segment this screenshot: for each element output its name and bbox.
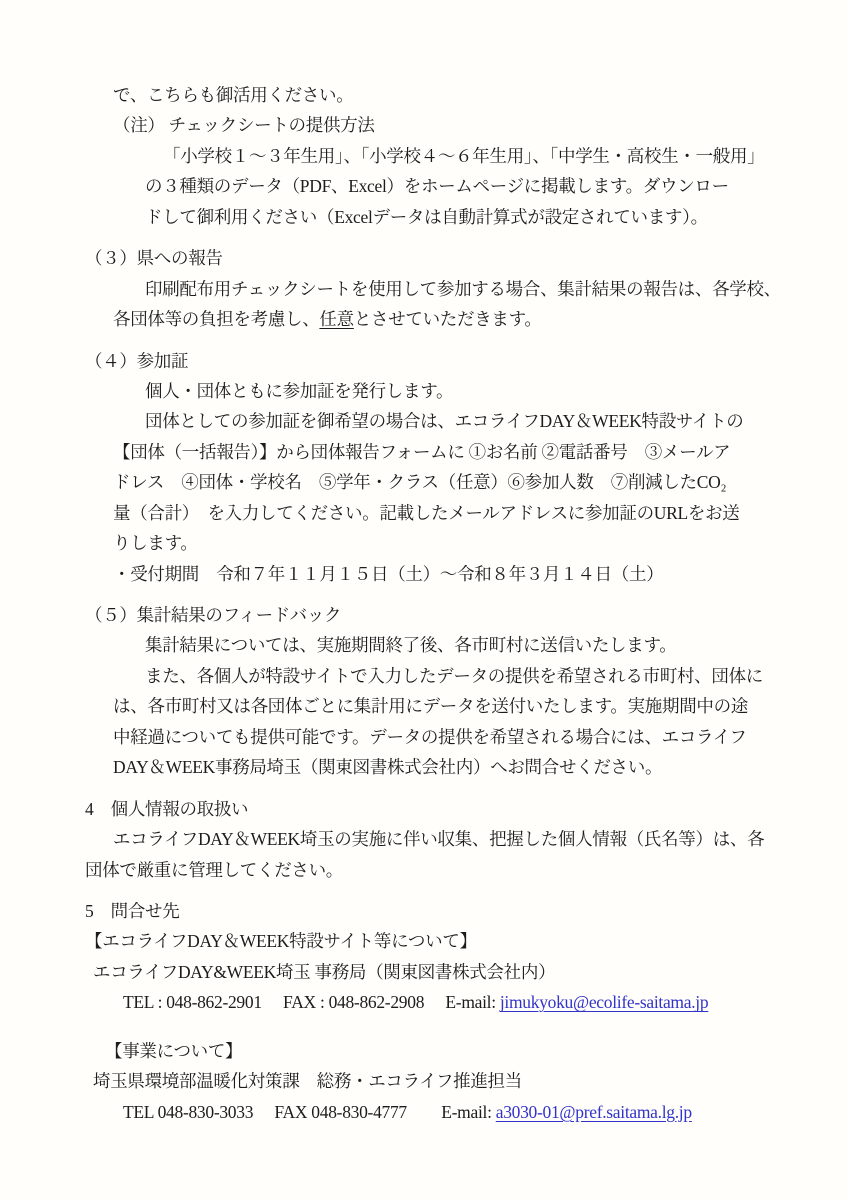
text-line: ドレス ④団体・学校名 ⑤学年・クラス（任意）⑥参加人数 ⑦削減したCO₂ xyxy=(113,467,829,497)
section-heading: （３）県への報告 xyxy=(85,243,829,273)
reception-period-line: ・受付期間 令和７年１１月１５日（土）～令和８年３月１４日（土） xyxy=(113,559,829,589)
numbered-heading: 5 問合せ先 xyxy=(85,896,829,926)
section-privacy: 4 個人情報の取扱いエコライフDAY＆WEEK埼玉の実施に伴い収集、把握した個人… xyxy=(85,794,829,885)
text-line: 個人・団体ともに参加証を発行します。 xyxy=(145,376,829,406)
text-run: とさせていただきます。 xyxy=(354,309,542,329)
section-business: 【事業について】埼玉県環境部温暖化対策課 総務・エコライフ推進担当TEL 048… xyxy=(85,1036,829,1127)
text-line: 中経過についても提供可能です。データの提供を希望される場合には、エコライフ xyxy=(113,722,829,752)
text-line: DAY＆WEEK事務局埼玉（関東図書株式会社内）へお問合せください。 xyxy=(113,752,829,782)
text-line: 各団体等の負担を考慮し、任意とさせていただきます。 xyxy=(113,304,829,334)
text-line: で、こちらも御活用ください。 xyxy=(113,80,829,110)
section-report: （３）県への報告印刷配布用チェックシートを使用して参加する場合、集計結果の報告は… xyxy=(85,243,829,334)
section-heading: （５）集計結果のフィードバック xyxy=(85,600,829,630)
numbered-heading: 4 個人情報の取扱い xyxy=(85,794,829,824)
text-line: 団体で厳重に管理してください。 xyxy=(85,855,829,885)
text-line: 団体としての参加証を御希望の場合は、エコライフDAY＆WEEK特設サイトの xyxy=(145,406,829,436)
underlined-text: 任意 xyxy=(319,309,353,329)
text-line: ドして御利用ください（Excelデータは自動計算式が設定されています）。 xyxy=(145,202,829,232)
contact-category-heading: 【エコライフDAY＆WEEK特設サイト等について】 xyxy=(85,926,829,956)
contact-org-line: 埼玉県環境部温暖化対策課 総務・エコライフ推進担当 xyxy=(93,1066,829,1096)
text-line: 量（合計） を入力してください。記載したメールアドレスに参加証のURLをお送 xyxy=(113,498,829,528)
section-feedback: （５）集計結果のフィードバック集計結果については、実施期間終了後、各市町村に送信… xyxy=(85,600,829,783)
text-line: りします。 xyxy=(113,528,829,558)
text-run: TEL : 048-862-2901 FAX : 048-862-2908 E-… xyxy=(123,992,500,1012)
text-line: の３種類のデータ（PDF、Excel）をホームページに掲載します。ダウンロー xyxy=(145,171,829,201)
section-heading: （４）参加証 xyxy=(85,346,829,376)
text-line: 「小学校１～３年生用」、「小学校４～６年生用」、「中学生・高校生・一般用」 xyxy=(163,141,829,171)
section-certificate: （４）参加証個人・団体ともに参加証を発行します。団体としての参加証を御希望の場合… xyxy=(85,346,829,590)
contact-tel-line: TEL 048-830-3033 FAX 048-830-4777 E-mail… xyxy=(123,1097,829,1127)
document-page: で、こちらも御活用ください。（注） チェックシートの提供方法「小学校１～３年生用… xyxy=(0,0,849,1200)
text-line: エコライフDAY＆WEEK埼玉の実施に伴い収集、把握した個人情報（氏名等）は、各 xyxy=(113,824,829,854)
email-link[interactable]: jimukyoku@ecolife-saitama.jp xyxy=(500,992,708,1012)
text-run: TEL 048-830-3033 FAX 048-830-4777 E-mail… xyxy=(123,1102,496,1122)
section-contact: 5 問合せ先【エコライフDAY＆WEEK特設サイト等について】エコライフDAY&… xyxy=(85,896,829,1018)
section-intro: で、こちらも御活用ください。（注） チェックシートの提供方法「小学校１～３年生用… xyxy=(85,80,829,232)
contact-tel-line: TEL : 048-862-2901 FAX : 048-862-2908 E-… xyxy=(123,987,829,1017)
note-heading: （注） チェックシートの提供方法 xyxy=(113,110,829,140)
text-line: 集計結果については、実施期間終了後、各市町村に送信いたします。 xyxy=(145,630,829,660)
text-line: は、各市町村又は各団体ごとに集計用にデータを送付いたします。実施期間中の途 xyxy=(113,691,829,721)
contact-org-line: エコライフDAY&WEEK埼玉 事務局（関東図書株式会社内） xyxy=(93,957,829,987)
email-link[interactable]: a3030-01@pref.saitama.lg.jp xyxy=(496,1102,692,1122)
text-line: 【団体（一括報告）】から団体報告フォームに ①お名前 ②電話番号 ③メールア xyxy=(113,437,829,467)
document-body: で、こちらも御活用ください。（注） チェックシートの提供方法「小学校１～３年生用… xyxy=(0,0,849,1127)
text-line: また、各個人が特設サイトで入力したデータの提供を希望される市町村、団体に xyxy=(145,661,829,691)
contact-category-heading: 【事業について】 xyxy=(105,1036,829,1066)
text-line: 印刷配布用チェックシートを使用して参加する場合、集計結果の報告は、各学校、 xyxy=(145,274,829,304)
text-run: 各団体等の負担を考慮し、 xyxy=(113,309,319,329)
